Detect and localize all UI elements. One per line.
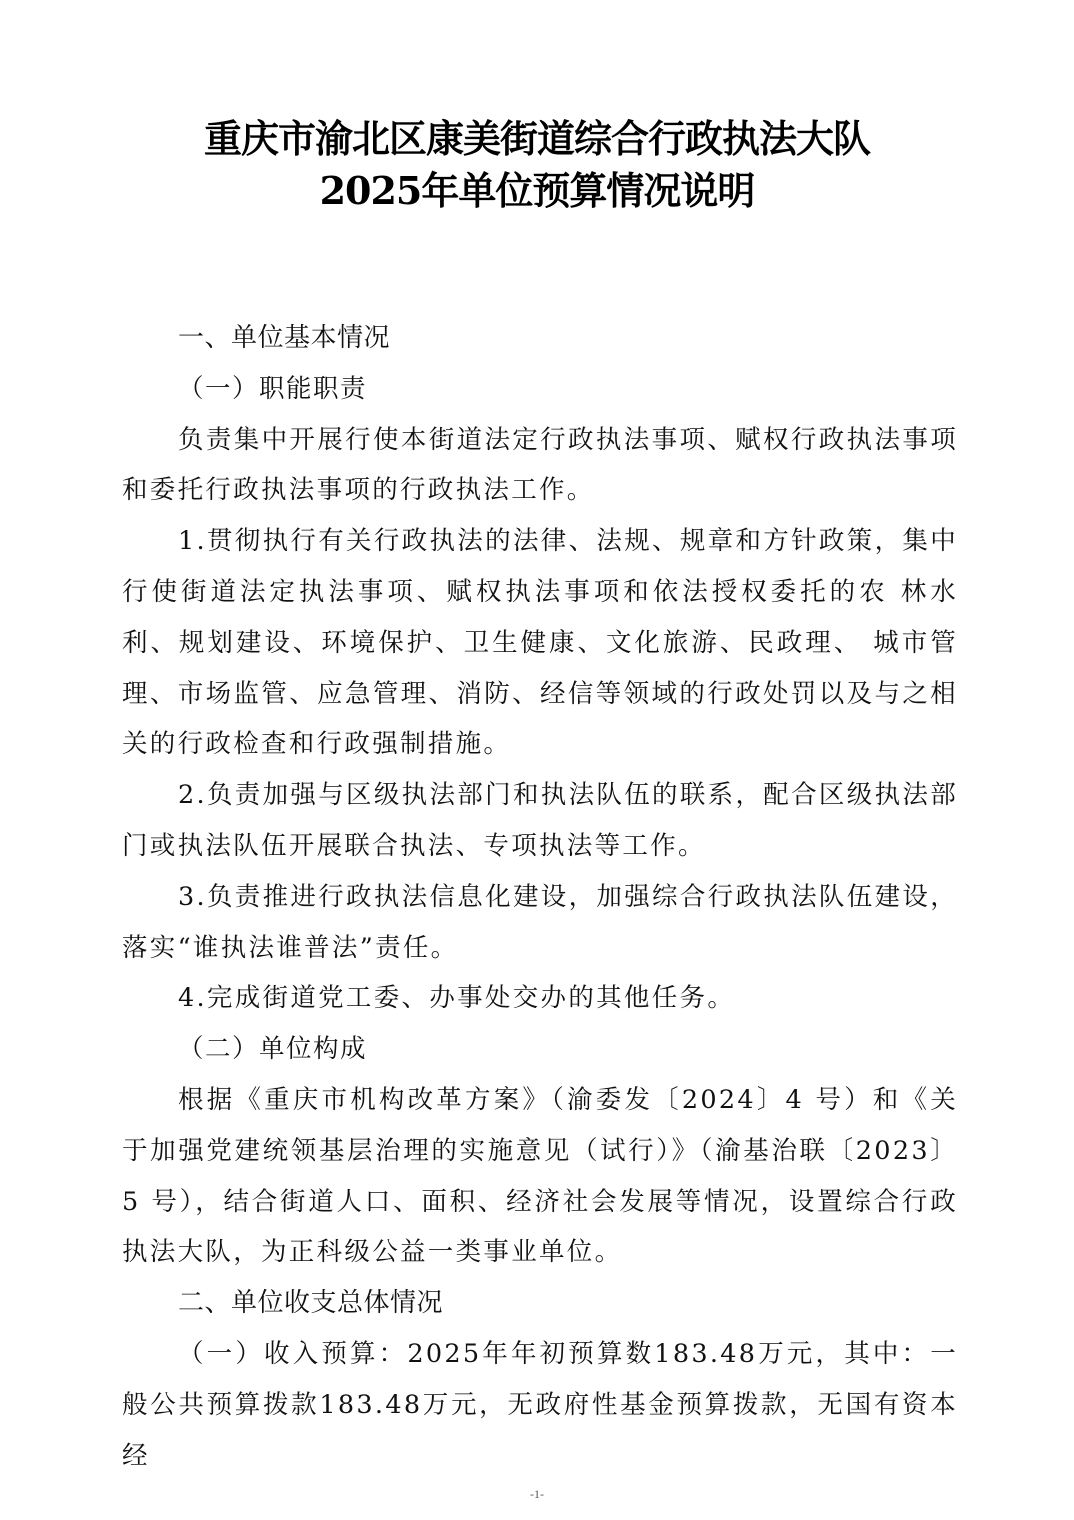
paragraph-duties-intro: 负责集中开展行使本街道法定行政执法事项、赋权行政执法事项和委托行政执法事项的行政… bbox=[122, 415, 958, 517]
paragraph-income-budget: （一）收入预算：2025年年初预算数183.48万元，其中：一般公共预算拨款18… bbox=[122, 1329, 958, 1481]
paragraph-duty-item-4: 4.完成街道党工委、办事处交办的其他任务。 bbox=[122, 973, 958, 1024]
paragraph-composition: 根据《重庆市机构改革方案》（渝委发〔2024〕4 号）和《关于加强党建统领基层治… bbox=[122, 1075, 958, 1278]
section-heading-budget-overview: 二、单位收支总体情况 bbox=[122, 1278, 958, 1329]
page-number: -1- bbox=[0, 1487, 1074, 1502]
document-title-line1: 重庆市渝北区康美街道综合行政执法大队 bbox=[0, 108, 1074, 163]
document-title-line2: 2025年单位预算情况说明 bbox=[0, 160, 1074, 215]
subsection-heading-duties: （一）职能职责 bbox=[122, 364, 958, 415]
paragraph-duty-item-1: 1.贯彻执行有关行政执法的法律、法规、规章和方针政策，集中行使街道法定执法事项、… bbox=[122, 516, 958, 770]
section-heading-basic-info: 一、单位基本情况 bbox=[122, 313, 958, 364]
paragraph-duty-item-3: 3.负责推进行政执法信息化建设，加强综合行政执法队伍建设，落实“谁执法谁普法”责… bbox=[122, 872, 958, 974]
subsection-heading-composition: （二）单位构成 bbox=[122, 1024, 958, 1075]
document-page: 重庆市渝北区康美街道综合行政执法大队 2025年单位预算情况说明 一、单位基本情… bbox=[0, 0, 1074, 1520]
document-body: 一、单位基本情况 （一）职能职责 负责集中开展行使本街道法定行政执法事项、赋权行… bbox=[122, 313, 958, 1481]
paragraph-duty-item-2: 2.负责加强与区级执法部门和执法队伍的联系，配合区级执法部门或执法队伍开展联合执… bbox=[122, 770, 958, 872]
